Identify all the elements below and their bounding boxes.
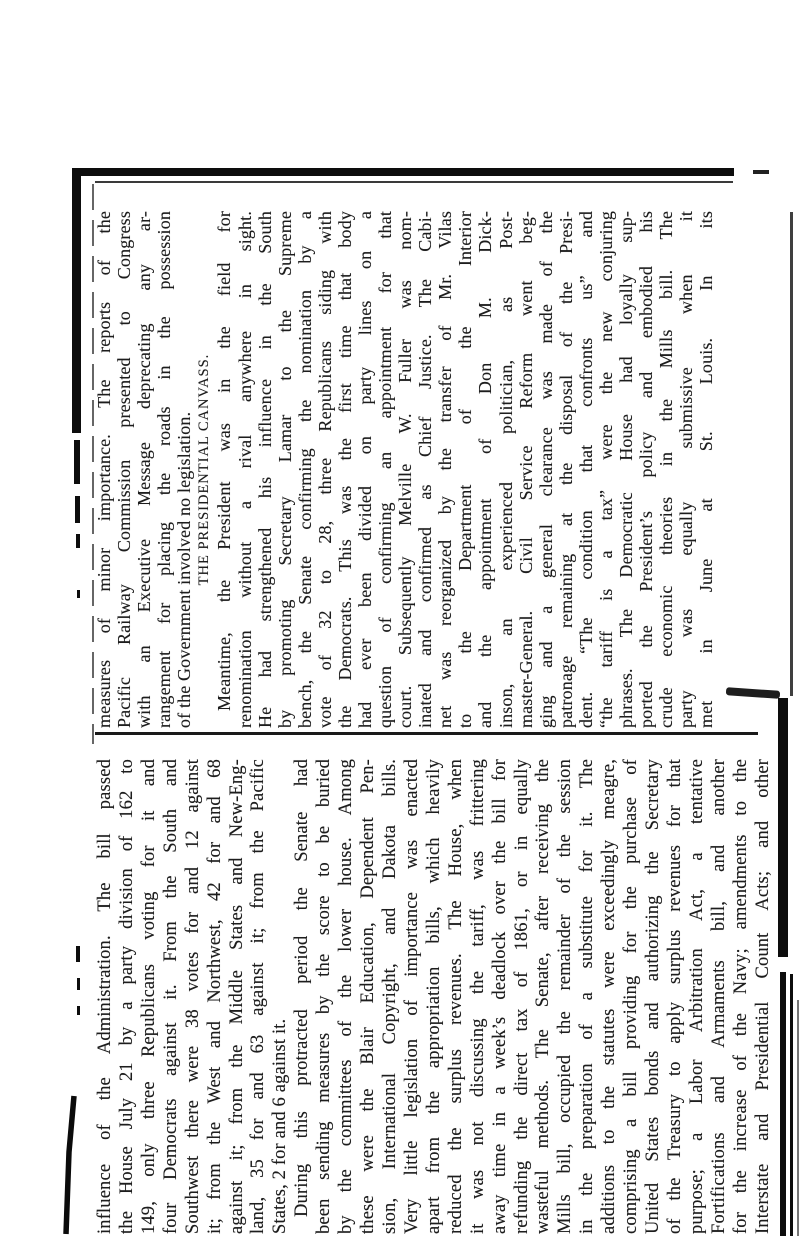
text-line: the Democrats. This was the first time t… (335, 211, 355, 728)
text-line: crude economic theories in the Mills bil… (656, 211, 676, 728)
text-line: Very little legislation of importance wa… (402, 759, 424, 1234)
text-line: the House July 21 by a party division of… (117, 759, 139, 1234)
text-line: court. Subsequently Melville W. Fuller w… (395, 211, 415, 728)
scan-border-top-right-dash (753, 170, 769, 174)
text-line: land, 35 for and 63 against it; from the… (248, 759, 270, 1234)
text-line: refunding the direct tax of 1861, or in … (512, 759, 534, 1234)
text-line: apart from the appropriation bills, whic… (424, 759, 446, 1234)
text-line: rangement for placing the roads in the p… (154, 211, 174, 728)
scan-border-left-dash (77, 978, 80, 990)
scan-border-left (72, 168, 81, 433)
text-line: patronage remaining at the disposal of t… (556, 211, 576, 728)
scan-border-left-dash (77, 590, 80, 598)
text-line: measures of minor importance. The report… (94, 211, 114, 728)
scan-border-top (76, 168, 734, 176)
scan-border-right-lower (780, 972, 786, 1236)
text-line: States, 2 for and 6 against it. (270, 759, 292, 1234)
text-line: these were the Blair Education, Dependen… (358, 759, 380, 1234)
scan-border-left-inner-rule (92, 184, 94, 744)
text-line: net was reorganized by the transfer of M… (435, 211, 455, 728)
text-line: “the tariff is a tax” were the new conju… (596, 211, 616, 728)
text-line: and the appointment of Don M. Dick- (475, 211, 495, 728)
text-line: vote of 32 to 28, three Republicans sidi… (315, 211, 335, 728)
text-line: Pacific Railway Commission presented to … (114, 211, 134, 728)
scan-border-left-dash (74, 440, 80, 484)
text-line: Meantime, the President was in the field… (214, 211, 234, 728)
text-line: Southwest there were 38 votes for and 12… (183, 759, 205, 1234)
text-line: met in June at St. Louis. In its (696, 211, 716, 728)
text-line: ported the President’s policy and embodi… (636, 211, 656, 728)
text-line: Fortifications and Armaments bill, and a… (709, 759, 731, 1234)
text-line: had ever been divided on party lines on … (355, 211, 375, 728)
text-line: bench, the Senate confirming the nominat… (295, 211, 315, 728)
rotated-page-content: influence of the Administration. The bil… (0, 0, 800, 1236)
text-line: of the Treasury to apply surplus revenue… (665, 759, 687, 1234)
text-line: party was equally submissive when it (676, 211, 696, 728)
text-line: 149, only three Republicans voting for i… (139, 759, 161, 1234)
text-line: renomination without a rival anywhere in… (235, 211, 255, 728)
text-line: by the committees of the lower house. Am… (336, 759, 358, 1234)
text-line: dent. “The condition that confronts us” … (576, 211, 596, 728)
text-line: sion, International Copyright, and Dakot… (380, 759, 402, 1234)
text-line: for the increase of the Navy; amendments… (731, 759, 753, 1234)
text-line: wasteful methods. The Senate, after rece… (533, 759, 555, 1234)
text-line: phrases. The Democratic House had loyall… (616, 211, 636, 728)
right-column: measures of minor importance. The report… (94, 211, 716, 728)
scan-border-right-lower-thin (790, 974, 793, 1236)
text-line: been sending measures by the score to be… (314, 759, 336, 1234)
text-line: with an Executive Message deprecating an… (134, 211, 154, 728)
text-line: to the Department of the Interior (455, 211, 475, 728)
text-line: inated and confirmed as Chief Justice. T… (415, 211, 435, 728)
text-line: During this protracted period the Senate… (292, 759, 314, 1234)
text-line: question of confirming an appointment fo… (375, 211, 395, 728)
text-line: inson, an experienced politician, as Pos… (496, 211, 516, 728)
text-line: master-General. Civil Service Reform wen… (516, 211, 536, 728)
text-line: comprising a bill providing for the purc… (621, 759, 643, 1234)
scan-border-right-thin (790, 212, 793, 696)
scanned-book-page: influence of the Administration. The bil… (0, 0, 800, 1236)
left-column: influence of the Administration. The bil… (95, 759, 775, 1234)
text-line: in the preparation of a substitute for i… (577, 759, 599, 1234)
scan-border-top-inner-rule (95, 181, 733, 183)
text-line: ging and a general clearance was made of… (536, 211, 556, 728)
page-curl-edge (60, 1090, 84, 1236)
scan-border-right-faint (797, 1000, 799, 1236)
text-line: He had strengthened his influence in the… (255, 211, 275, 728)
text-line: of the Government involved no legislatio… (174, 211, 194, 728)
column-divider-rule (95, 732, 758, 735)
section-heading: THE PRESIDENTIAL CANVASS. (194, 211, 214, 728)
text-line: Mills bill, occupied the remainder of th… (555, 759, 577, 1234)
text-line: by promoting Secretary Lamar to the Supr… (275, 211, 295, 728)
scan-border-left-dash (77, 1006, 80, 1015)
text-line: reduced the surplus revenues. The House,… (446, 759, 468, 1234)
text-line: purpose; a Labor Arbitration Act, a tent… (687, 759, 709, 1234)
text-line: away time in a week’s deadlock over the … (490, 759, 512, 1234)
scan-border-left-dash (75, 496, 80, 523)
scan-border-left-dash (76, 946, 80, 962)
text-line: United States bonds and authorizing the … (643, 759, 665, 1234)
text-line: it was not discussing the tariff, was fr… (468, 759, 490, 1234)
scan-border-left-dash (76, 534, 80, 548)
text-line: additions to the statutes were exceeding… (599, 759, 621, 1234)
text-line: against it; from the Middle States and N… (227, 759, 249, 1234)
text-line: influence of the Administration. The bil… (95, 759, 117, 1234)
text-line: it; from the West and Northwest, 42 for … (205, 759, 227, 1234)
scan-border-right-thick (778, 698, 788, 957)
text-line: four Democrats against it. From the Sout… (161, 759, 183, 1234)
text-line: Interstate and Presidential Count Acts; … (753, 759, 775, 1234)
